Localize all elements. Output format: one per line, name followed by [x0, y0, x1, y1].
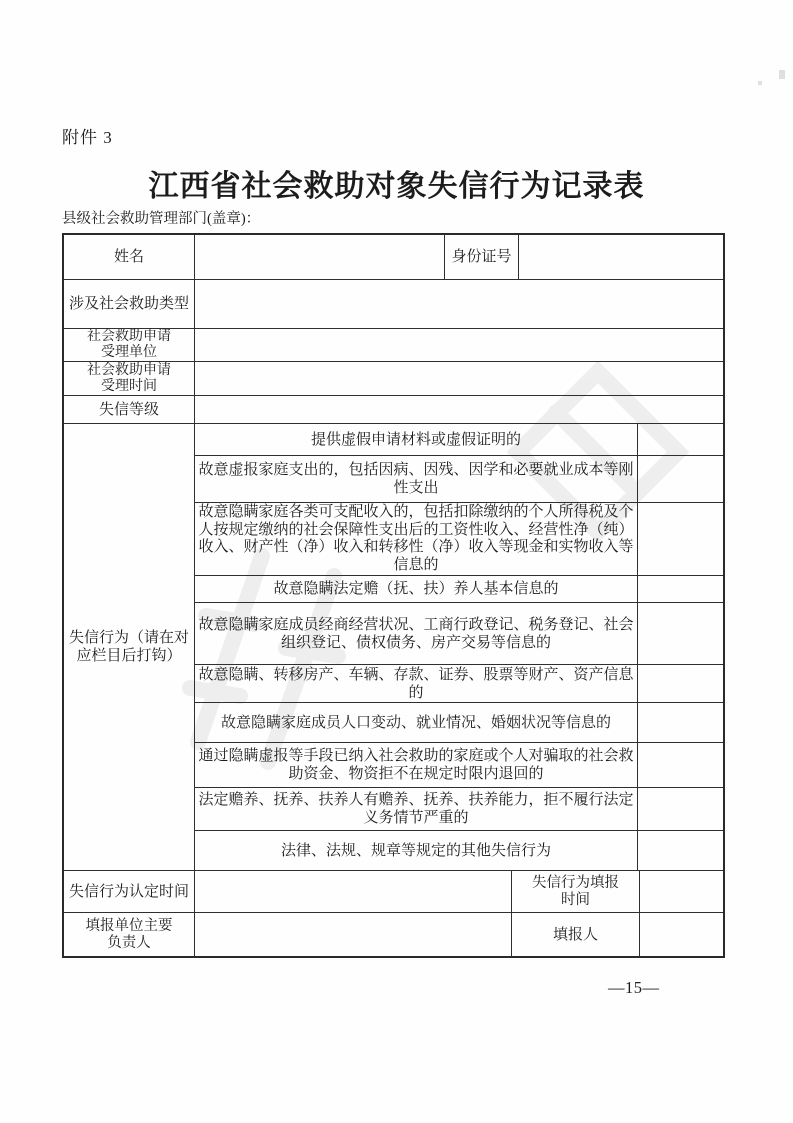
page-title: 江西省社会救助对象失信行为记录表 [0, 161, 793, 205]
behavior-section: 失信行为（请在对 应栏目后打钩） 提供虚假申请材料或虚假证明的 故意虚报家庭支出… [64, 424, 723, 871]
attachment-label: 附件 3 [62, 123, 113, 148]
behavior-check-cell[interactable] [638, 603, 723, 665]
issuing-department-line: 县级社会救助管理部门(盖章)： [62, 207, 260, 228]
confirm-time-field[interactable] [195, 871, 512, 913]
behavior-check-cell[interactable] [638, 743, 723, 788]
behavior-item-text: 故意隐瞒家庭成员经商经营状况、工商行政登记、税务登记、社会组织登记、债权债务、房… [195, 603, 638, 665]
record-form-table: 姓名 身份证号 涉及社会救助类型 社会救助申请 受理单位 社会救助申请 受理时间… [62, 233, 725, 958]
behavior-item: 故意虚报家庭支出的，包括因病、因残、因学和必要就业成本等刚性支出 [195, 456, 723, 503]
id-number-field[interactable] [519, 235, 723, 280]
behavior-item: 通过隐瞒虚报等手段已纳入社会救助的家庭或个人对骗取的社会救助资金、物资拒不在规定… [195, 743, 723, 788]
behavior-item-text: 通过隐瞒虚报等手段已纳入社会救助的家庭或个人对骗取的社会救助资金、物资拒不在规定… [195, 743, 638, 788]
behavior-check-cell[interactable] [638, 424, 723, 456]
behavior-item: 故意隐瞒家庭成员经商经营状况、工商行政登记、税务登记、社会组织登记、债权债务、房… [195, 603, 723, 665]
report-time-label: 失信行为填报 时间 [512, 871, 640, 913]
document-page: 附件 3 江西省社会救助对象失信行为记录表 县级社会救助管理部门(盖章)： 姓名… [0, 0, 793, 1123]
row-name-id: 姓名 身份证号 [64, 235, 723, 280]
row-confirm-time: 失信行为认定时间 失信行为填报 时间 [64, 871, 723, 913]
behavior-item: 故意隐瞒家庭各类可支配收入的，包括扣除缴纳的个人所得税及个人按规定缴纳的社会保障… [195, 503, 723, 576]
row-unit-head: 填报单位主要 负责人 填报人 [64, 913, 723, 956]
row-grade: 失信等级 [64, 396, 723, 424]
behavior-item: 故意隐瞒、转移房产、车辆、存款、证券、股票等财产、资产信息的 [195, 665, 723, 703]
behavior-item: 故意隐瞒法定赡（抚、扶）养人基本信息的 [195, 576, 723, 603]
behavior-item: 故意隐瞒家庭成员人口变动、就业情况、婚姻状况等信息的 [195, 703, 723, 743]
report-time-field[interactable] [640, 871, 723, 913]
scan-artifact [779, 70, 785, 79]
behavior-section-label: 失信行为（请在对 应栏目后打钩） [64, 424, 195, 871]
behavior-item: 法定赡养、抚养、扶养人有赡养、抚养、扶养能力，拒不履行法定义务情节严重的 [195, 788, 723, 831]
behavior-check-cell[interactable] [638, 703, 723, 743]
behavior-check-cell[interactable] [638, 665, 723, 703]
behavior-items: 提供虚假申请材料或虚假证明的 故意虚报家庭支出的，包括因病、因残、因学和必要就业… [195, 424, 723, 871]
confirm-time-label: 失信行为认定时间 [64, 871, 195, 913]
scan-artifact [758, 81, 762, 85]
behavior-item: 提供虚假申请材料或虚假证明的 [195, 424, 723, 456]
row-aid-type: 涉及社会救助类型 [64, 280, 723, 329]
behavior-item: 法律、法规、规章等规定的其他失信行为 [195, 831, 723, 871]
row-accept-unit: 社会救助申请 受理单位 [64, 329, 723, 362]
behavior-item-text: 故意隐瞒家庭成员人口变动、就业情况、婚姻状况等信息的 [195, 703, 638, 743]
id-number-label: 身份证号 [445, 235, 519, 280]
behavior-check-cell[interactable] [638, 576, 723, 603]
name-label: 姓名 [64, 235, 195, 280]
behavior-check-cell[interactable] [638, 831, 723, 871]
behavior-check-cell[interactable] [638, 503, 723, 576]
row-accept-time: 社会救助申请 受理时间 [64, 362, 723, 396]
unit-head-field[interactable] [195, 913, 512, 956]
aid-type-field[interactable] [195, 280, 723, 329]
behavior-item-text: 故意隐瞒家庭各类可支配收入的，包括扣除缴纳的个人所得税及个人按规定缴纳的社会保障… [195, 503, 638, 576]
accept-time-field[interactable] [195, 362, 723, 396]
behavior-check-cell[interactable] [638, 788, 723, 831]
behavior-item-text: 故意隐瞒法定赡（抚、扶）养人基本信息的 [195, 576, 638, 603]
accept-unit-field[interactable] [195, 329, 723, 362]
aid-type-label: 涉及社会救助类型 [64, 280, 195, 329]
reporter-label: 填报人 [512, 913, 640, 956]
page-number: —15— [608, 978, 660, 998]
unit-head-label: 填报单位主要 负责人 [64, 913, 195, 956]
behavior-item-text: 故意隐瞒、转移房产、车辆、存款、证券、股票等财产、资产信息的 [195, 665, 638, 703]
accept-time-label: 社会救助申请 受理时间 [64, 362, 195, 396]
accept-unit-label: 社会救助申请 受理单位 [64, 329, 195, 362]
behavior-check-cell[interactable] [638, 456, 723, 503]
behavior-item-text: 故意虚报家庭支出的，包括因病、因残、因学和必要就业成本等刚性支出 [195, 456, 638, 503]
reporter-field[interactable] [640, 913, 723, 956]
behavior-item-text: 法定赡养、抚养、扶养人有赡养、抚养、扶养能力，拒不履行法定义务情节严重的 [195, 788, 638, 831]
behavior-item-text: 法律、法规、规章等规定的其他失信行为 [195, 831, 638, 871]
name-field[interactable] [195, 235, 445, 280]
grade-field[interactable] [195, 396, 723, 424]
behavior-item-text: 提供虚假申请材料或虚假证明的 [195, 424, 638, 456]
grade-label: 失信等级 [64, 396, 195, 424]
